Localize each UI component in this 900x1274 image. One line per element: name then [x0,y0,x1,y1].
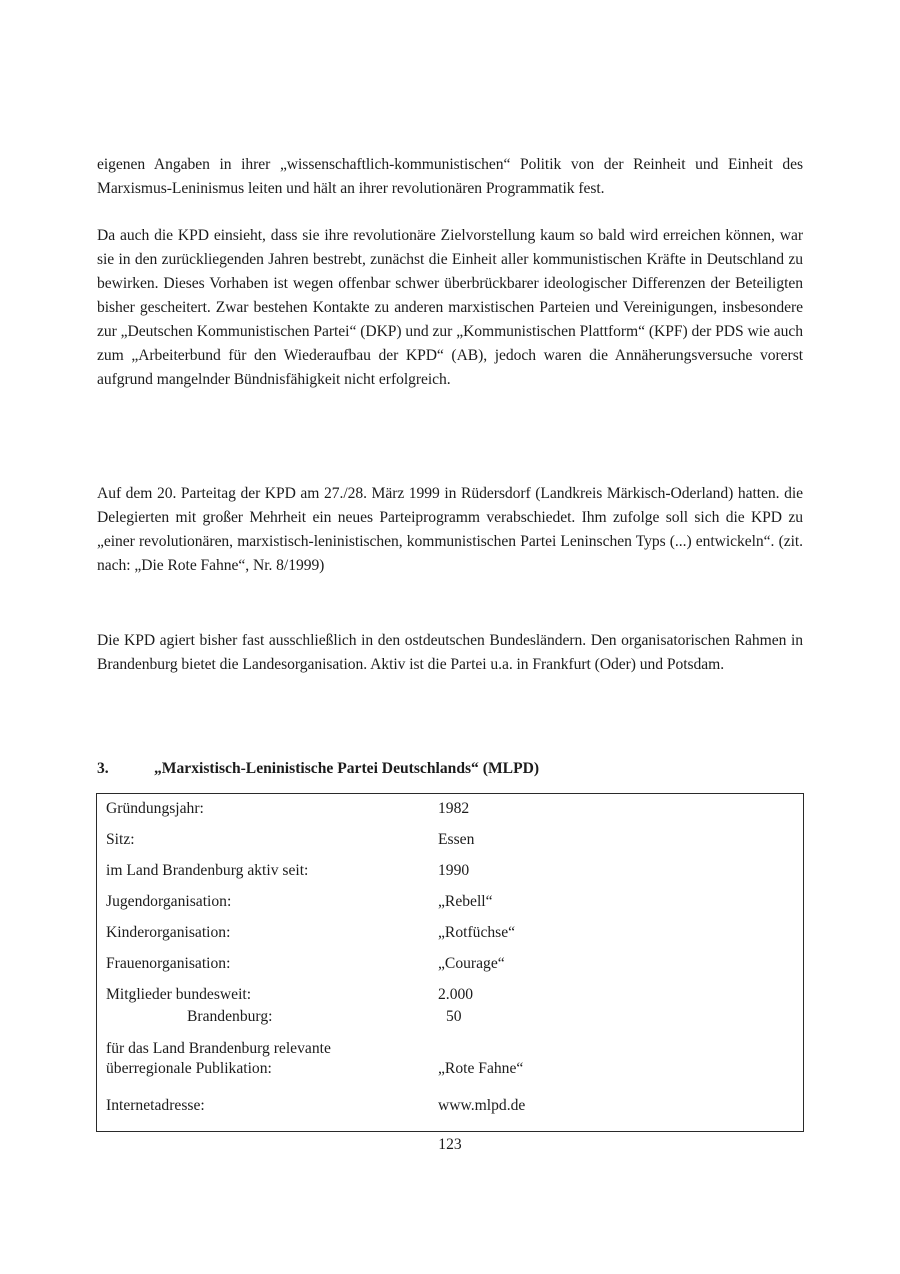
row-label: überregionale Publikation: [106,1060,272,1078]
section-number: 3. [97,760,154,778]
row-label: Gründungsjahr: [106,800,204,818]
section-title: „Marxistisch-Leninistische Partei Deutsc… [154,760,539,777]
row-value: Essen [438,831,474,849]
party-info-table: Gründungsjahr: 1982 Sitz: Essen im Land … [96,793,804,1132]
row-label-line1: für das Land Brandenburg relevante [106,1040,331,1058]
section-heading: 3.„Marxistisch-Leninistische Partei Deut… [97,760,539,778]
row-value: 1982 [438,800,469,818]
row-value: „Rotfüchse“ [438,924,515,942]
page-number: 123 [0,1136,900,1154]
paragraph-kpd-unity-efforts: Da auch die KPD einsieht, dass sie ihre … [97,224,803,392]
row-value: 50 [446,1008,462,1026]
row-label: Kinderorganisation: [106,924,230,942]
row-label: Brandenburg: [187,1008,272,1026]
row-value: 2.000 [438,986,473,1004]
row-value: 1990 [438,862,469,880]
paragraph-kpd-regional-activity: Die KPD agiert bisher fast ausschließlic… [97,629,803,677]
row-label: Internetadresse: [106,1097,205,1115]
document-page: eigenen Angaben in ihrer „wissenschaftli… [0,0,900,1274]
row-value: „Rebell“ [438,893,493,911]
row-label: Sitz: [106,831,135,849]
row-value: www.mlpd.de [438,1097,525,1115]
row-label: Mitglieder bundesweit: [106,986,251,1004]
row-value: „Rote Fahne“ [438,1060,523,1078]
row-label: Frauenorganisation: [106,955,230,973]
row-label: Jugendorganisation: [106,893,231,911]
paragraph-kpd-party-congress: Auf dem 20. Parteitag der KPD am 27./28.… [97,482,803,578]
paragraph-intro-continuation: eigenen Angaben in ihrer „wissenschaftli… [97,153,803,201]
row-value: „Courage“ [438,955,505,973]
row-label: im Land Brandenburg aktiv seit: [106,862,308,880]
